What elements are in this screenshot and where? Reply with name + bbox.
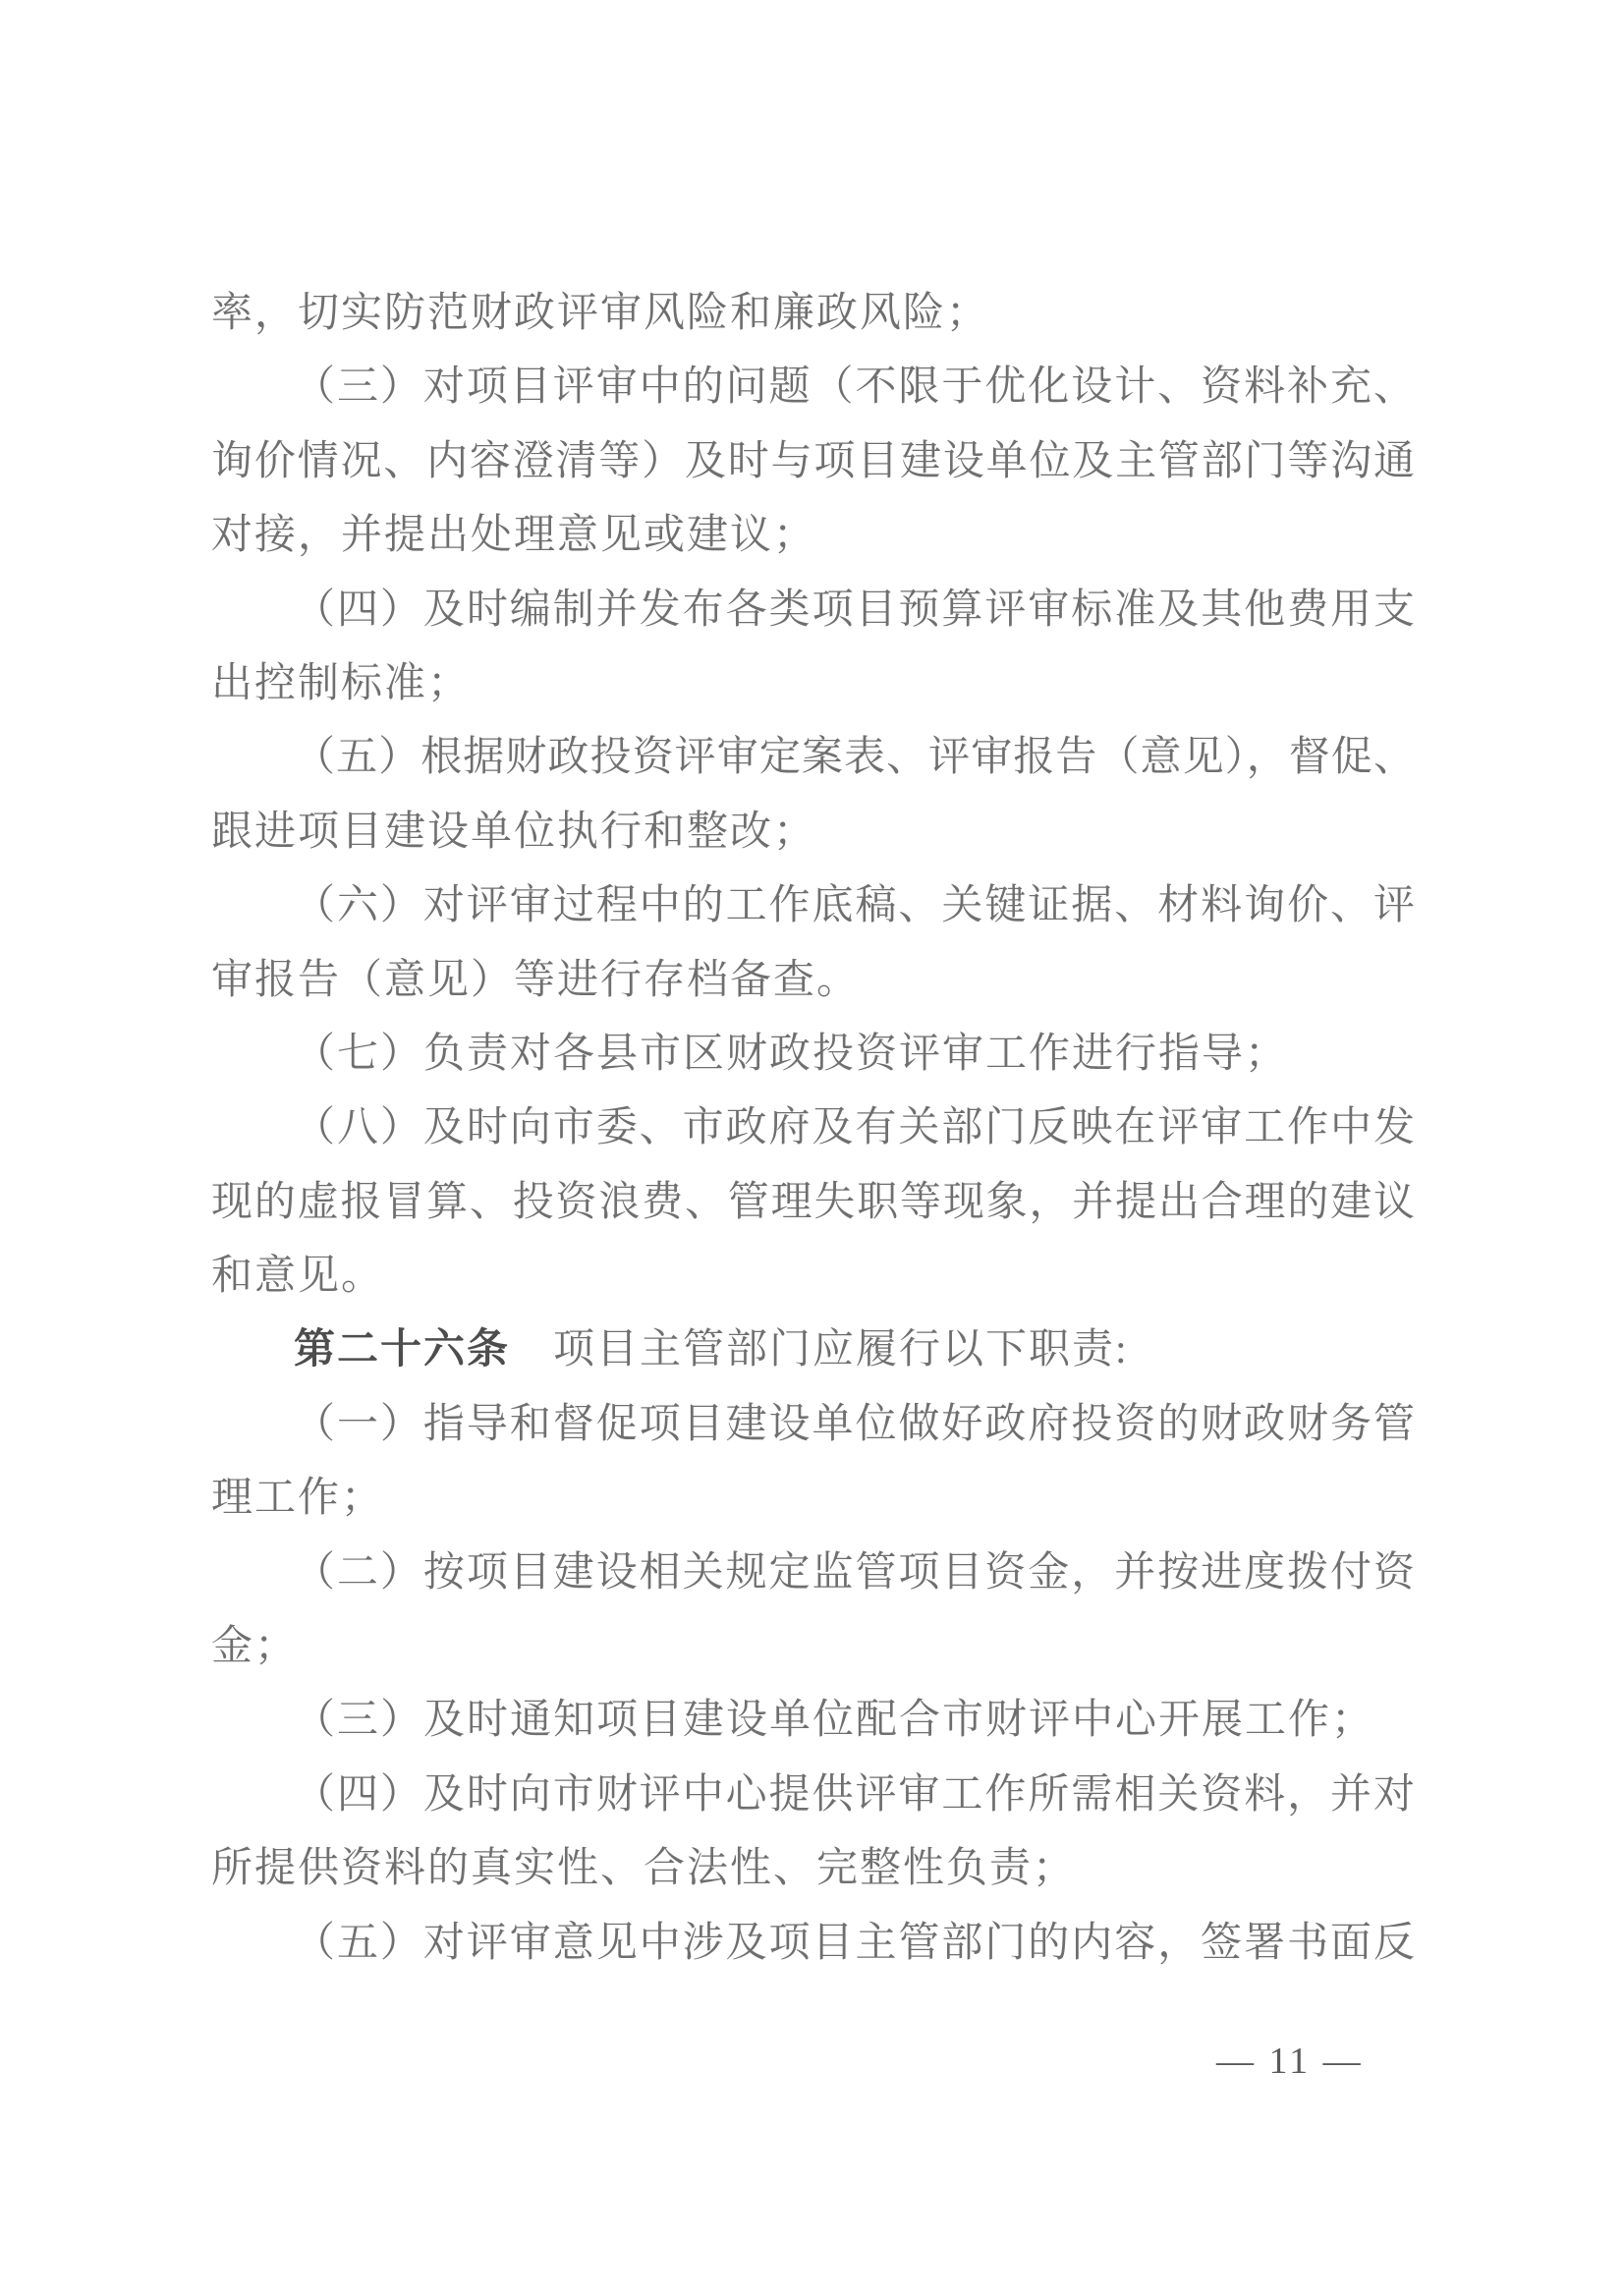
text-line: （七）负责对各县市区财政投资评审工作进行指导； — [211, 1018, 1415, 1092]
article-heading-line: 第二十六条项目主管部门应履行以下职责: — [211, 1314, 1415, 1387]
text-line: 询价情况、内容澄清等）及时与项目建设单位及主管部门等沟通 — [211, 425, 1415, 499]
article-number-label: 第二十六条 — [294, 1327, 510, 1372]
document-page: 率，切实防范财政评审风险和廉政风险； （三）对项目评审中的问题（不限于优化设计、… — [0, 0, 1624, 2295]
text-line: 率，切实防范财政评审风险和廉政风险； — [211, 277, 1415, 351]
text-line: （五）根据财政投资评审定案表、评审报告（意见），督促、 — [211, 721, 1415, 795]
text-line: （三）及时通知项目建设单位配合市财评中心开展工作； — [211, 1684, 1415, 1758]
text-line: （四）及时向市财评中心提供评审工作所需相关资料，并对 — [211, 1759, 1415, 1832]
text-line: 金； — [211, 1610, 1415, 1684]
text-line: 出控制标准； — [211, 647, 1415, 721]
page-number: — 11 — — [1216, 2040, 1413, 2083]
text-line: 和意见。 — [211, 1240, 1415, 1314]
text-line: （六）对评审过程中的工作底稿、关键证据、材料询价、评 — [211, 869, 1415, 943]
text-line: 审报告（意见）等进行存档备查。 — [211, 944, 1415, 1018]
text-line: （四）及时编制并发布各类项目预算评审标准及其他费用支 — [211, 574, 1415, 647]
text-line: （一）指导和督促项目建设单位做好政府投资的财政财务管 — [211, 1388, 1415, 1462]
text-line: 跟进项目建设单位执行和整改； — [211, 796, 1415, 869]
text-line: 所提供资料的真实性、合法性、完整性负责； — [211, 1832, 1415, 1906]
text-line: （八）及时向市委、市政府及有关部门反映在评审工作中发 — [211, 1092, 1415, 1165]
article-heading-text: 项目主管部门应履行以下职责: — [553, 1327, 1129, 1372]
text-line: （三）对项目评审中的问题（不限于优化设计、资料补充、 — [211, 351, 1415, 424]
text-line: 对接，并提出处理意见或建议； — [211, 499, 1415, 573]
text-line: （五）对评审意见中涉及项目主管部门的内容，签署书面反 — [211, 1907, 1415, 1981]
text-line: （二）按项目建设相关规定监管项目资金，并按进度拨付资 — [211, 1537, 1415, 1610]
text-line: 理工作； — [211, 1462, 1415, 1536]
document-body: 率，切实防范财政评审风险和廉政风险； （三）对项目评审中的问题（不限于优化设计、… — [211, 277, 1415, 1981]
text-line: 现的虚报冒算、投资浪费、管理失职等现象，并提出合理的建议 — [211, 1166, 1415, 1240]
